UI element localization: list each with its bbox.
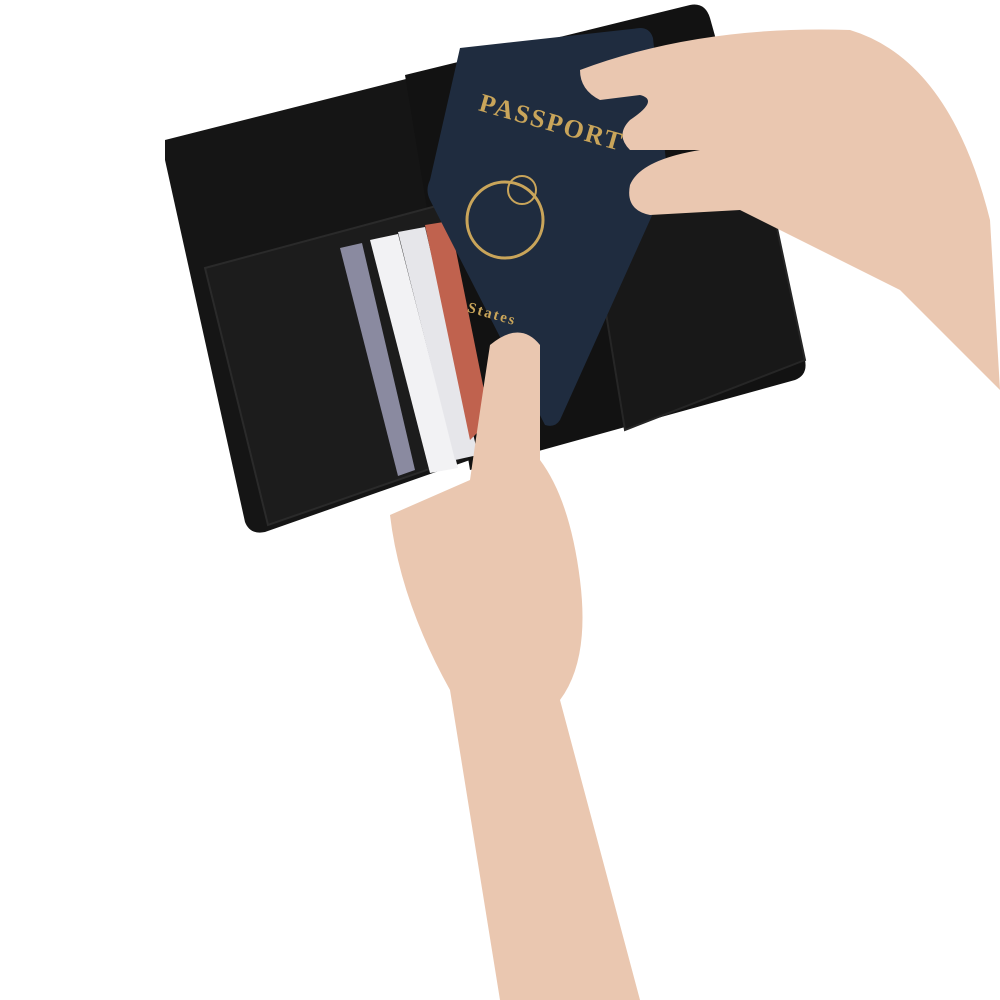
product-photo: PASSPORT States <box>0 0 1000 1000</box>
scene-illustration <box>0 0 1000 1000</box>
